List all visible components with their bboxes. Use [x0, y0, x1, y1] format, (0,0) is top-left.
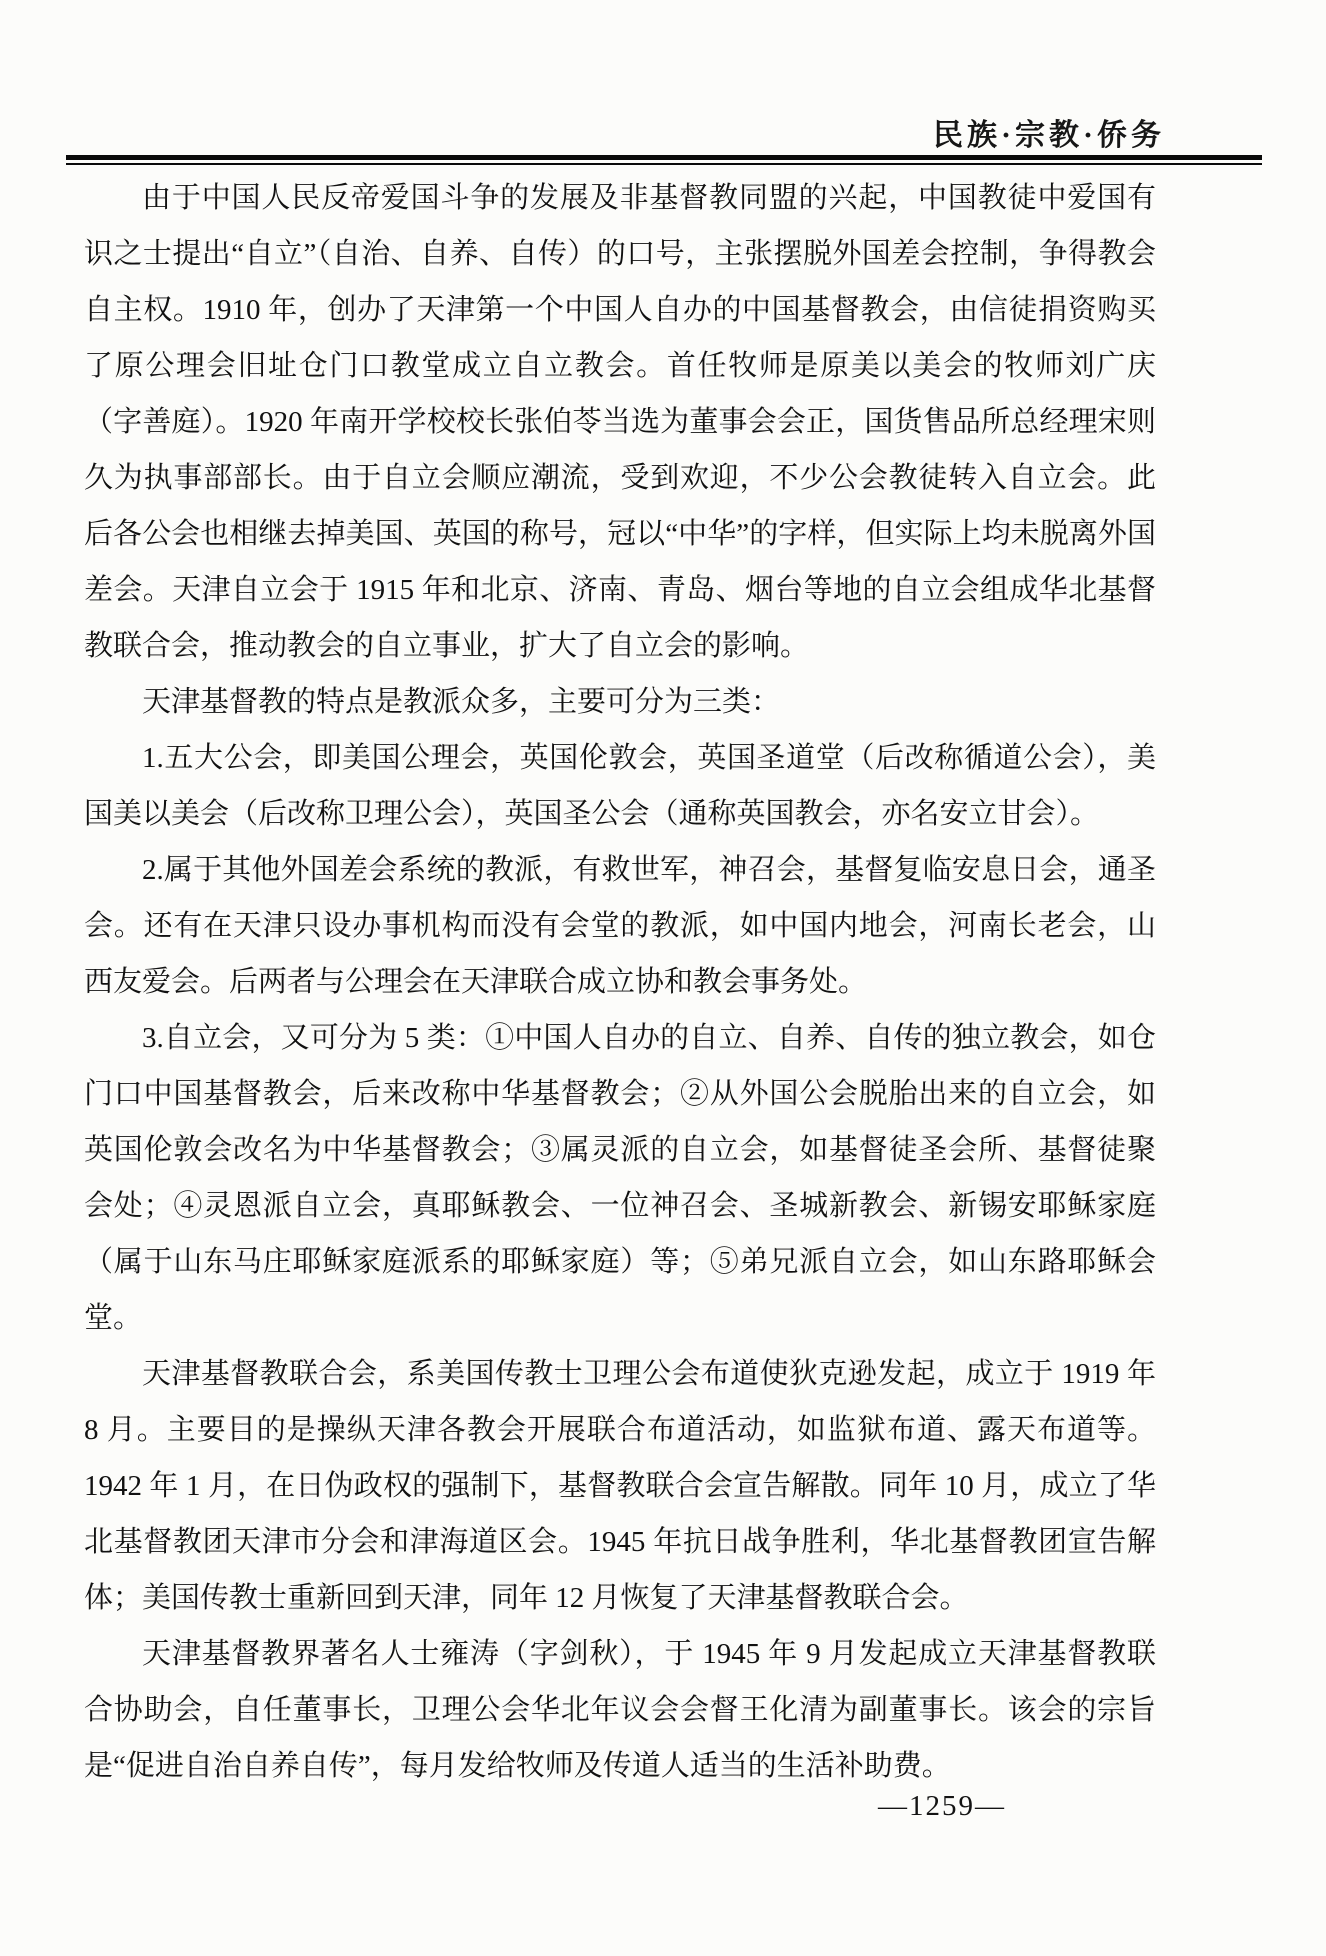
paragraph: 天津基督教的特点是教派众多，主要可分为三类： — [84, 674, 1156, 730]
paragraph: 天津基督教联合会，系美国传教士卫理公会布道使狄克逊发起，成立于 1919 年 8… — [84, 1346, 1156, 1626]
paragraph: 天津基督教界著名人士雍涛（字剑秋），于 1945 年 9 月发起成立天津基督教联… — [84, 1626, 1156, 1794]
paragraph-list-item: 1.五大公会，即美国公理会，英国伦敦会，英国圣道堂（后改称循道公会），美国美以美… — [84, 730, 1156, 842]
header-divider-rule — [66, 155, 1262, 165]
page-number: —1259— — [878, 1790, 1006, 1823]
paragraph-list-item: 2.属于其他外国差会系统的教派，有救世军，神召会，基督复临安息日会，通圣会。还有… — [84, 842, 1156, 1010]
article-body: 由于中国人民反帝爱国斗争的发展及非基督教同盟的兴起，中国教徒中爱国有识之士提出“… — [84, 170, 1156, 1794]
scanned-book-page: 民族·宗教·侨务 由于中国人民反帝爱国斗争的发展及非基督教同盟的兴起，中国教徒中… — [0, 0, 1326, 1956]
header-category-label: 民族·宗教·侨务 — [933, 119, 1165, 152]
paragraph-list-item: 3.自立会，又可分为 5 类：①中国人自办的自立、自养、自传的独立教会，如仓门口… — [84, 1010, 1156, 1346]
paragraph: 由于中国人民反帝爱国斗争的发展及非基督教同盟的兴起，中国教徒中爱国有识之士提出“… — [84, 170, 1156, 674]
running-header: 民族·宗教·侨务 — [84, 110, 1165, 154]
